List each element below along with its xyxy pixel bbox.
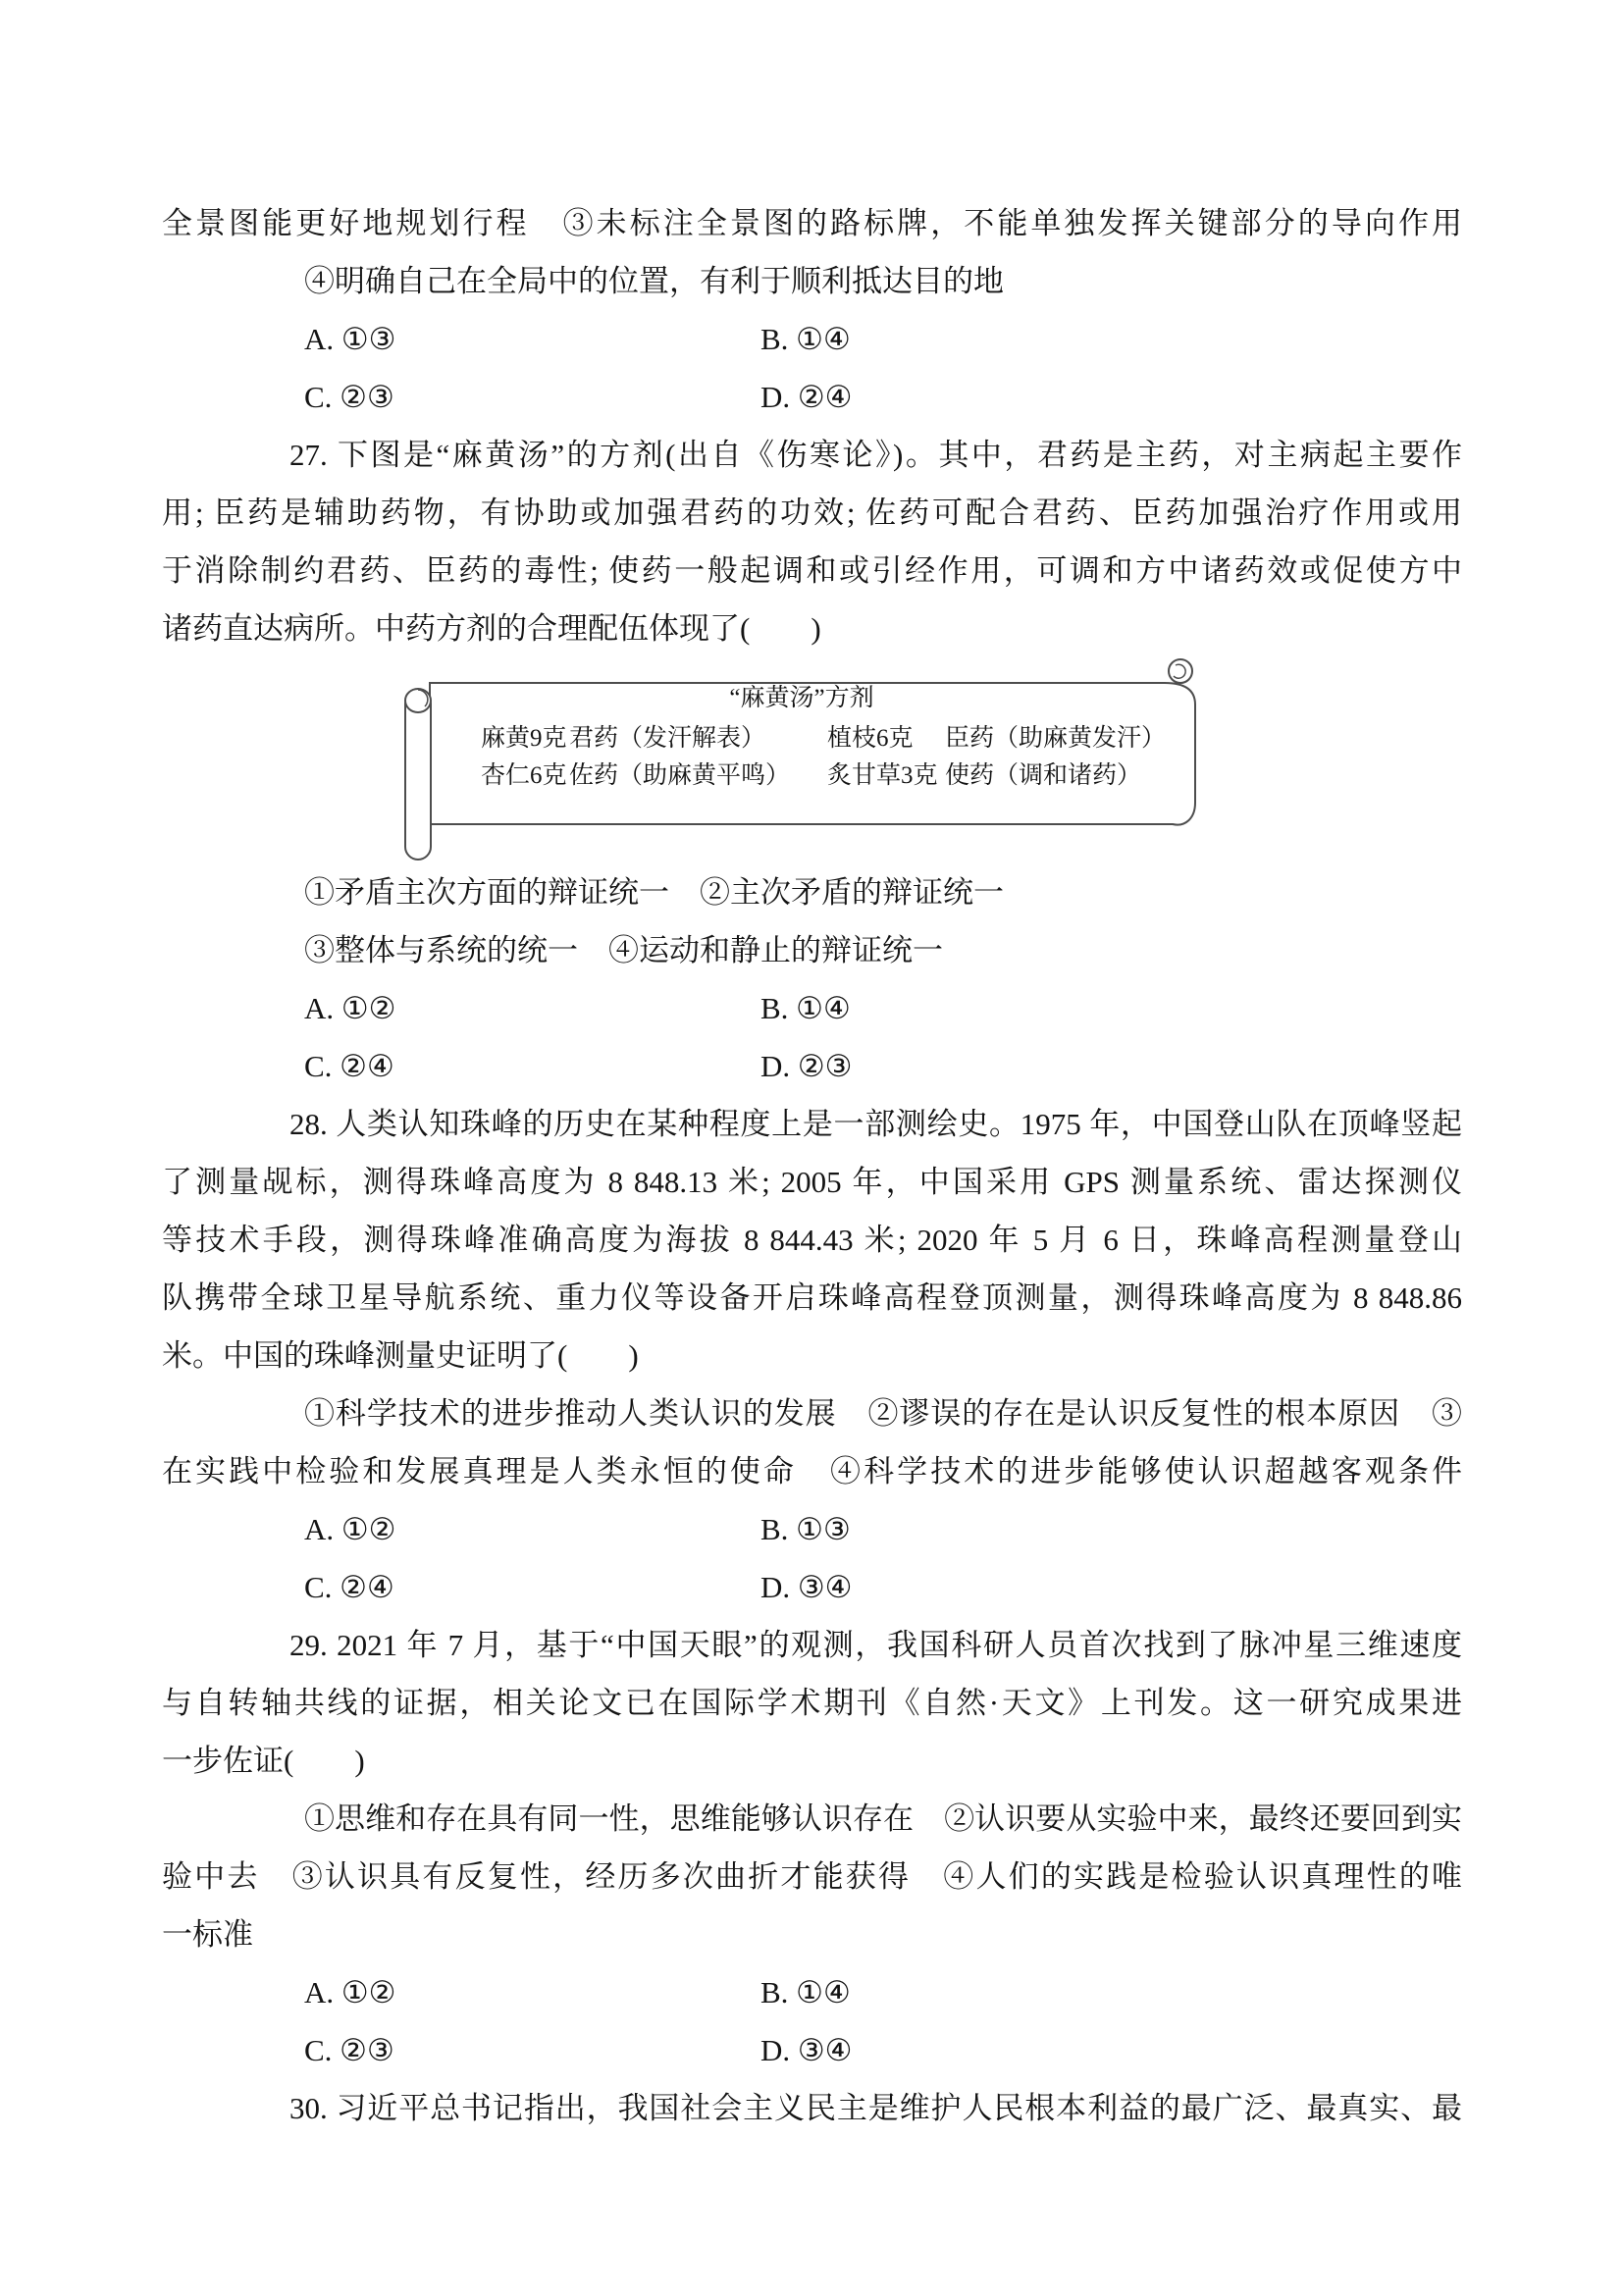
option-a: A. ①② [304, 979, 760, 1037]
question-28-line: 28. 人类认知珠峰的历史在某种程度上是一部测绘史。1975 年，中国登山队在顶… [162, 1095, 1462, 1153]
option-d: D. ③④ [760, 1558, 852, 1616]
figure-cell: 君药（发汗解表） [569, 720, 827, 757]
question-item-line: 验中去 ③认识具有反复性，经历多次曲折才能获得 ④人们的实践是检验认识真理性的唯 [162, 1848, 1462, 1905]
figure-title: “麻黄汤”方剂 [404, 683, 1199, 714]
question-28-line: 了测量觇标，测得珠峰高度为 8 848.13 米; 2005 年，中国采用 GP… [162, 1153, 1462, 1211]
options-row: A. ①②B. ①④ [162, 1963, 1462, 2021]
figure-cell: 炙甘草3克 [827, 757, 945, 795]
figure-cell: 臣药（助麻黄发汗） [945, 720, 1189, 757]
options-row: A. ①②B. ①④ [162, 979, 1462, 1037]
options-row: A. ①③B. ①④ [162, 310, 1462, 368]
options-row: C. ②③D. ②④ [162, 368, 1462, 426]
figure-cell: 佐药（助麻黄平鸣） [569, 757, 827, 795]
option-a: A. ①② [304, 1500, 760, 1558]
option-b: B. ①④ [760, 310, 851, 368]
question-27-line: 诸药直达病所。中药方剂的合理配伍体现了( ) [162, 600, 1462, 657]
figure-table: 麻黄9克 君药（发汗解表） 植枝6克 臣药（助麻黄发汗） 杏仁6克 佐药（助麻黄… [481, 720, 1189, 795]
question-item-line: ①科学技术的进步推动人类认识的发展 ②谬误的存在是认识反复性的根本原因 ③ [162, 1384, 1462, 1442]
figure-cell: 使药（调和诸药） [945, 757, 1189, 795]
figure-row: 杏仁6克 佐药（助麻黄平鸣） 炙甘草3克 使药（调和诸药） [481, 757, 1189, 795]
figure-cell: 植枝6克 [827, 720, 945, 757]
figure-cell: 杏仁6克 [481, 757, 569, 795]
exam-paper-page: 全景图能更好地规划行程 ③未标注全景图的路标牌，不能单独发挥关键部分的导向作用 … [0, 0, 1623, 2296]
question-27-line: 27. 下图是“麻黄汤”的方剂(出自《伤寒论》)。其中，君药是主药，对主病起主要… [162, 426, 1462, 484]
options-row: C. ②③D. ③④ [162, 2021, 1462, 2079]
option-d: D. ③④ [760, 2021, 852, 2079]
figure-row: 麻黄9克 君药（发汗解表） 植枝6克 臣药（助麻黄发汗） [481, 720, 1189, 757]
question-item-line: ①思维和存在具有同一性，思维能够认识存在 ②认识要从实验中来，最终还要回到实 [162, 1790, 1462, 1848]
question-29-line: 与自转轴共线的证据，相关论文已在国际学术期刊《自然·天文》上刊发。这一研究成果进 [162, 1674, 1462, 1732]
option-a: A. ①③ [304, 310, 760, 368]
options-row: C. ②④D. ③④ [162, 1558, 1462, 1616]
question-item-line: 在实践中检验和发展真理是人类永恒的使命 ④科学技术的进步能够使认识超越客观条件 [162, 1442, 1462, 1500]
scroll-figure: “麻黄汤”方剂 麻黄9克 君药（发汗解表） 植枝6克 臣药（助麻黄发汗） 杏仁6… [162, 657, 1462, 863]
option-d: D. ②③ [760, 1037, 852, 1095]
option-b: B. ①④ [760, 979, 851, 1037]
question-29-line: 29. 2021 年 7 月，基于“中国天眼”的观测，我国科研人员首次找到了脉冲… [162, 1616, 1462, 1674]
question-30-line: 30. 习近平总书记指出，我国社会主义民主是维护人民根本利益的最广泛、最真实、最 [162, 2079, 1462, 2137]
options-row: C. ②④D. ②③ [162, 1037, 1462, 1095]
scroll-illustration: “麻黄汤”方剂 麻黄9克 君药（发汗解表） 植枝6克 臣药（助麻黄发汗） 杏仁6… [404, 657, 1199, 863]
question-28-line: 队携带全球卫星导航系统、重力仪等设备开启珠峰高程登顶测量，测得珠峰高度为 8 8… [162, 1269, 1462, 1327]
question-27-line: 用; 臣药是辅助药物，有协助或加强君药的功效; 佐药可配合君药、臣药加强治疗作用… [162, 484, 1462, 542]
question-item-line: ①矛盾主次方面的辩证统一 ②主次矛盾的辩证统一 [162, 863, 1462, 921]
option-c: C. ②③ [304, 2021, 760, 2079]
option-c: C. ②③ [304, 368, 760, 426]
question-item-line: ③整体与系统的统一 ④运动和静止的辩证统一 [162, 921, 1462, 979]
question-28-line: 等技术手段，测得珠峰准确高度为海拔 8 844.43 米; 2020 年 5 月… [162, 1211, 1462, 1269]
figure-cell: 麻黄9克 [481, 720, 569, 757]
question-27-line: 于消除制约君药、臣药的毒性; 使药一般起调和或引经作用，可调和方中诸药效或促使方… [162, 542, 1462, 600]
options-row: A. ①②B. ①③ [162, 1500, 1462, 1558]
option-c: C. ②④ [304, 1558, 760, 1616]
option-d: D. ②④ [760, 368, 852, 426]
question-text-line: 全景图能更好地规划行程 ③未标注全景图的路标牌，不能单独发挥关键部分的导向作用 [162, 194, 1462, 252]
question-item-line: 一标准 [162, 1905, 1462, 1963]
option-a: A. ①② [304, 1963, 760, 2021]
question-28-line: 米。中国的珠峰测量史证明了( ) [162, 1327, 1462, 1384]
option-b: B. ①③ [760, 1500, 851, 1558]
option-c: C. ②④ [304, 1037, 760, 1095]
question-item-line: ④明确自己在全局中的位置，有利于顺利抵达目的地 [162, 252, 1462, 310]
exam-content: 全景图能更好地规划行程 ③未标注全景图的路标牌，不能单独发挥关键部分的导向作用 … [162, 194, 1462, 2137]
question-29-line: 一步佐证( ) [162, 1732, 1462, 1790]
option-b: B. ①④ [760, 1963, 851, 2021]
